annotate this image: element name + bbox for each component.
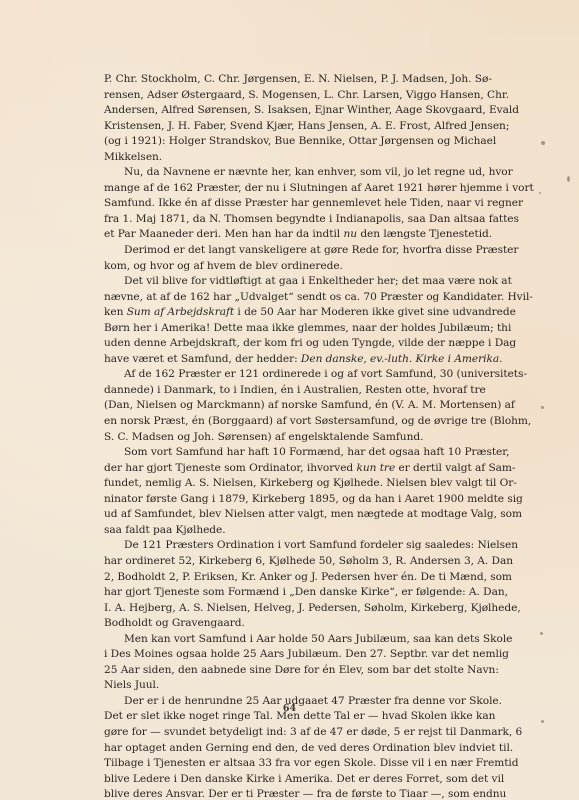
paragraph-start: De 121 Præsters Ordination i vort Samfun… — [104, 538, 483, 554]
text-line: ninator første Gang i 1879, Kirkeberg 18… — [104, 492, 483, 508]
text-line: I. A. Hejberg, A. S. Nielsen, Helveg, J.… — [104, 601, 483, 617]
text-line: nævne, at af de 162 har „Udvalget“ sendt… — [104, 290, 483, 306]
text-line: blive deres Ansvar. Der er ti Præster — … — [104, 787, 483, 800]
paragraph-start: Som vort Samfund har haft 10 Formænd, ha… — [104, 445, 483, 461]
text-line: uden denne Arbejdskraft, der kom fri og … — [104, 336, 483, 352]
paragraph-start: Det vil blive for vidtløftigt at gaa i E… — [104, 274, 483, 290]
text-line: gøre for — svundet betydeligt ind: 3 af … — [104, 725, 483, 741]
text-line: saa faldt paa Kjølhede. — [104, 523, 483, 539]
text-line: P. Chr. Stockholm, C. Chr. Jørgensen, E.… — [104, 72, 483, 88]
text-line: Tilbage i Tjenesten er altsaa 33 fra vor… — [104, 756, 483, 772]
text-line: rensen, Adser Østergaard, S. Mogensen, L… — [104, 88, 483, 104]
text-line: S. C. Madsen og Joh. Sørensen) af engels… — [104, 430, 483, 446]
emphasis: kun tre — [356, 462, 395, 474]
text-line: har optaget anden Gerning end den, de ve… — [104, 741, 483, 757]
text-run: i de 50 Aar har Moderen ikke givet sine … — [234, 306, 516, 318]
text-line: har ordineret 52, Kirkeberg 6, Kjølhede … — [104, 554, 483, 570]
text-line: (og i 1921): Holger Strandskov, Bue Benn… — [104, 134, 483, 150]
text-line: (Dan, Nielsen og Marckmann) af norske Sa… — [104, 398, 483, 414]
text-run: der har gjort Tjeneste som Ordinator, ih… — [104, 462, 356, 474]
text-line: 2, Bodholdt 2, P. Eriksen, Kr. Anker og … — [104, 570, 483, 586]
scanned-page: P. Chr. Stockholm, C. Chr. Jørgensen, E.… — [0, 0, 579, 800]
text-line: kom, og hvor og af hvem de blev ordinere… — [104, 259, 483, 275]
text-line: blive Ledere i Den danske Kirke i Amerik… — [104, 772, 483, 788]
text-line: Børn her i Amerika! Dette maa ikke glemm… — [104, 321, 483, 337]
text-line: Niels Juul. — [104, 678, 483, 694]
text-line: fra 1. Maj 1871, da N. Thomsen begyndte … — [104, 212, 483, 228]
paper-speck — [541, 720, 544, 723]
text-run: er dertil valgt af Sam- — [395, 462, 515, 474]
text-line: en norsk Præst, én (Borggaard) af vort S… — [104, 414, 483, 430]
text-line: have været et Samfund, der hedder: Den d… — [104, 352, 483, 368]
text-line: mange af de 162 Præster, der nu i Slutni… — [104, 181, 483, 197]
text-line: Andersen, Alfred Sørensen, S. Isaksen, E… — [104, 103, 483, 119]
paper-speck — [541, 406, 544, 409]
text-run: ken — [104, 306, 127, 318]
text-run: den længste Tjenestetid. — [357, 228, 492, 240]
paragraph-start: Af de 162 Præster er 121 ordinerede i og… — [104, 367, 483, 383]
page-number: 64 — [0, 703, 579, 714]
text-line: Kristensen, J. H. Faber, Svend Kjær, Han… — [104, 119, 483, 135]
paper-speck — [539, 192, 541, 194]
paragraph-start: Nu, da Navnene er nævnte her, kan enhver… — [104, 165, 483, 181]
emphasis: Den danske, ev.-luth. Kirke i Amerika. — [301, 353, 503, 365]
text-line: Mikkelsen. — [104, 150, 483, 166]
paper-speck — [567, 176, 570, 182]
text-line: fundet, nemlig A. S. Nielsen, Kirkeberg … — [104, 476, 483, 492]
text-run: et Par Maaneder deri. Men han har da ind… — [104, 228, 343, 240]
text-line: Bodholdt og Gravengaard. — [104, 616, 483, 632]
text-line: der har gjort Tjeneste som Ordinator, ih… — [104, 461, 483, 477]
emphasis: Sum af Arbejdskraft — [127, 306, 234, 318]
text-line: 25 Aar siden, den aabnede sine Døre for … — [104, 663, 483, 679]
text-line: har gjort Tjeneste som Formænd i „Den da… — [104, 585, 483, 601]
body-text: P. Chr. Stockholm, C. Chr. Jørgensen, E.… — [104, 72, 483, 800]
paper-speck — [541, 141, 545, 145]
text-line: ken Sum af Arbejdskraft i de 50 Aar har … — [104, 305, 483, 321]
text-line: ud af Samfundet, blev Nielsen atter valg… — [104, 507, 483, 523]
paragraph-start: Men kan vort Samfund i Aar holde 50 Aars… — [104, 632, 483, 648]
text-line: Samfund. Ikke én af disse Præster har ge… — [104, 196, 483, 212]
paper-speck — [540, 632, 543, 635]
text-run: have været et Samfund, der hedder: — [104, 353, 301, 365]
text-line: i Des Moines ogsaa holde 25 Aars Jubilæu… — [104, 647, 483, 663]
text-line: dannede) i Danmark, to i Indien, én i Au… — [104, 383, 483, 399]
text-line: et Par Maaneder deri. Men han har da ind… — [104, 227, 483, 243]
paragraph-start: Derimod er det langt vanskeligere at gør… — [104, 243, 483, 259]
emphasis: nu — [343, 228, 357, 240]
